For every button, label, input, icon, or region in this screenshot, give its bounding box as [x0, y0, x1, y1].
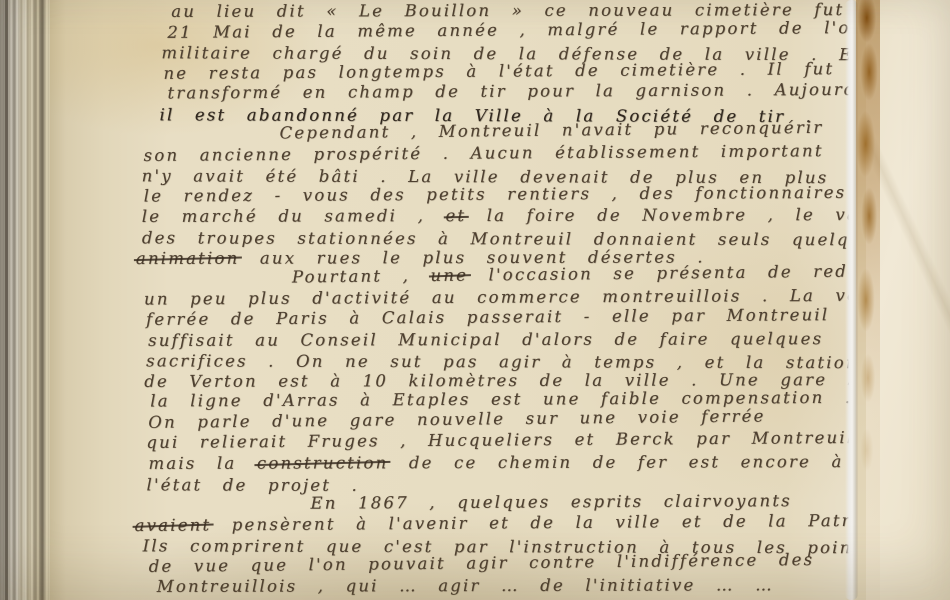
struck-word: une [430, 266, 468, 285]
manuscript-line: mais la construction de ce chemin de fer… [148, 452, 850, 474]
manuscript-line-text: le rendez - vous des petits rentiers , d… [144, 182, 850, 205]
manuscript-line-text: suffisait au Conseil Municipal d'alors d… [148, 329, 823, 350]
manuscript-line: son ancienne prospérité . Aucun établiss… [144, 141, 850, 167]
struck-word: construction [257, 453, 389, 472]
manuscript-line: qui relierait Fruges , Hucqueliers et Be… [146, 428, 850, 454]
manuscript-line-text: au lieu dit « Le Bouillon » ce nouveau c… [171, 0, 850, 21]
manuscript-line-text: ferrée de Paris à Calais passerait - ell… [146, 305, 850, 329]
manuscript-line-text: de ce chemin de fer est encore à [388, 452, 843, 472]
struck-word: avaient [135, 515, 212, 535]
manuscript-line: 21 Mai de la même année , malgré le rapp… [167, 18, 850, 43]
manuscript-line-text: le marché du samedi , [142, 207, 446, 227]
manuscript-line-text: transformé en champ de tir pour la garni… [167, 80, 850, 103]
struck-word: animation [136, 248, 240, 267]
manuscript-line-text: Cependant , Montreuil n'avait pu reconqu… [279, 118, 823, 143]
manuscript-line: transformé en champ de tir pour la garni… [167, 80, 850, 104]
manuscript-line-text: En 1867 , quelques esprits clairvoyants [310, 491, 791, 513]
manuscript-line-text: mais la [148, 454, 256, 473]
manuscript-line-text: Montreuillois , qui … agir … de l'initia… [157, 576, 774, 597]
manuscript-page: au lieu dit « Le Bouillon » ce nouveau c… [50, 0, 850, 600]
manuscript-line-text: l'occasion se présenta de redonner [468, 261, 850, 285]
manuscript-line: suffisait au Conseil Municipal d'alors d… [148, 329, 850, 351]
manuscript-line: avaient pensèrent à l'avenir et de la vi… [135, 511, 850, 537]
book-photo: au lieu dit « Le Bouillon » ce nouveau c… [0, 0, 950, 600]
manuscript-line: le rendez - vous des petits rentiers , d… [144, 183, 850, 207]
manuscript-line: le marché du samedi , et la foire de Nov… [142, 206, 850, 228]
binding-stain [856, 0, 880, 600]
manuscript-line-text: son ancienne prospérité . Aucun établiss… [144, 141, 824, 165]
manuscript-line-text: pensèrent à l'avenir et de la ville et d… [211, 510, 850, 534]
manuscript-line-text: Pourtant , [292, 266, 431, 286]
manuscript-line-text: l'état de projet . [146, 475, 359, 495]
manuscript-line: Montreuillois , qui … agir … de l'initia… [157, 575, 850, 597]
manuscript-text: au lieu dit « Le Bouillon » ce nouveau c… [141, 0, 850, 598]
manuscript-line-text: qui relierait Fruges , Hucqueliers et Be… [146, 428, 850, 452]
manuscript-line: ferrée de Paris à Calais passerait - ell… [146, 305, 850, 331]
manuscript-line-text: la foire de Novembre , le va et vient [466, 205, 850, 225]
struck-word: et [445, 207, 466, 226]
